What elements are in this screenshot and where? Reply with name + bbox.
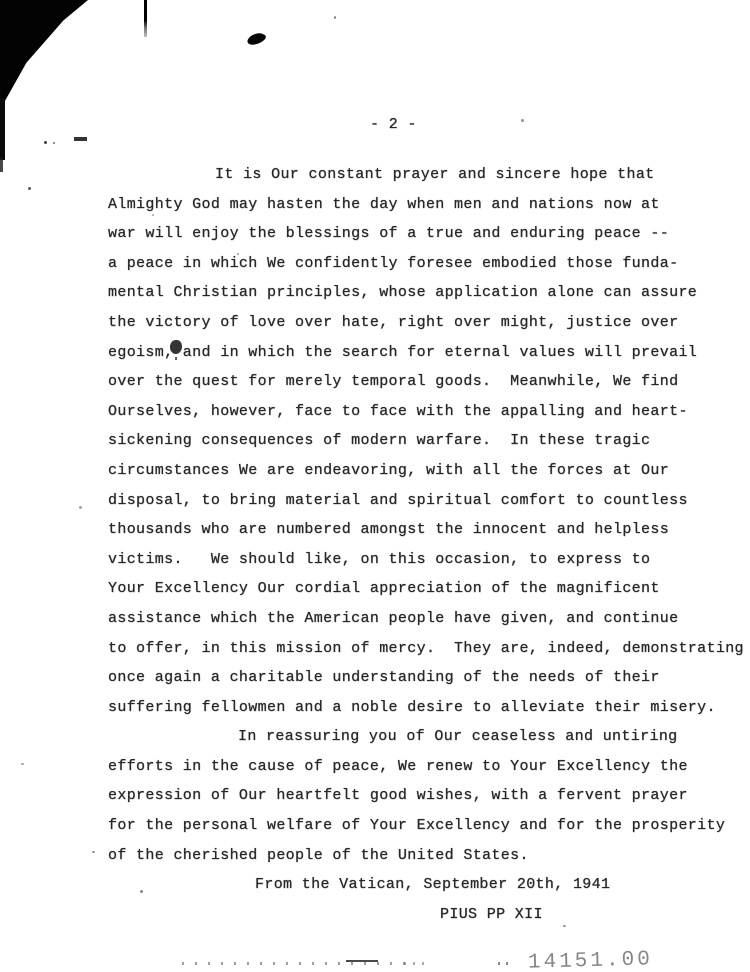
footer-dotted-line [404, 962, 430, 965]
page-number: - 2 - [370, 116, 417, 133]
text-line: war will enjoy the blessings of a true a… [108, 219, 748, 249]
ink-blot [246, 31, 266, 47]
text-line: over the quest for merely temporal goods… [108, 367, 748, 397]
text-line: Your Excellency Our cordial appreciation… [108, 574, 748, 604]
text-line: for the personal welfare of Your Excelle… [108, 811, 748, 841]
document-lines: It is Our constant prayer and sincere ho… [108, 160, 748, 929]
text-line: From the Vatican, September 20th, 1941 [108, 870, 748, 900]
text-line: expression of Our heartfelt good wishes,… [108, 781, 748, 811]
text-line: Ourselves, however, face to face with th… [108, 397, 748, 427]
archive-serial-stamp: 14151.00 [528, 948, 653, 972]
text-line: In reassuring you of Our ceaseless and u… [108, 722, 748, 752]
text-line: assistance which the American people hav… [108, 604, 748, 634]
text-line: the victory of love over hate, right ove… [108, 308, 748, 338]
text-line: It is Our constant prayer and sincere ho… [108, 160, 748, 190]
text-line: disposal, to bring material and spiritua… [108, 486, 748, 516]
text-line: once again a charitable understanding of… [108, 663, 748, 693]
scan-speck [334, 16, 336, 19]
text-line: circumstances We are endeavoring, with a… [108, 456, 748, 486]
footer-dotted-line [182, 962, 407, 965]
scan-speck [79, 506, 82, 509]
text-line: a peace in which We confidently foresee … [108, 249, 748, 279]
scan-edge-artifact [0, 158, 3, 172]
text-line: suffering fellowmen and a noble desire t… [108, 693, 748, 723]
scan-speck [92, 851, 95, 853]
scan-speck [21, 763, 24, 765]
scan-speck [521, 119, 524, 122]
text-line: thousands who are numbered amongst the i… [108, 515, 748, 545]
text-line: egoism, and in which the search for eter… [108, 338, 748, 368]
scan-speck [44, 141, 47, 144]
text-line: victims. We should like, on this occasio… [108, 545, 748, 575]
text-line: efforts in the cause of peace, We renew … [108, 752, 748, 782]
text-line: Almighty God may hasten the day when men… [108, 190, 748, 220]
scan-speck [53, 142, 55, 144]
text-line: of the cherished people of the United St… [108, 841, 748, 871]
text-line: to offer, in this mission of mercy. They… [108, 634, 748, 664]
scan-corner-artifact [0, 0, 88, 114]
scanned-letter-page: - 2 - It is Our constant prayer and sinc… [0, 0, 750, 972]
scan-line-artifact [144, 0, 147, 37]
footer-dash [346, 960, 378, 962]
text-line: PIUS PP XII [108, 900, 748, 930]
scan-edge-artifact [0, 98, 5, 160]
scan-speck [74, 137, 87, 141]
text-line: sickening consequences of modern warfare… [108, 426, 748, 456]
scan-speck [28, 187, 31, 190]
text-line: mental Christian principles, whose appli… [108, 278, 748, 308]
footer-dots [498, 962, 514, 965]
